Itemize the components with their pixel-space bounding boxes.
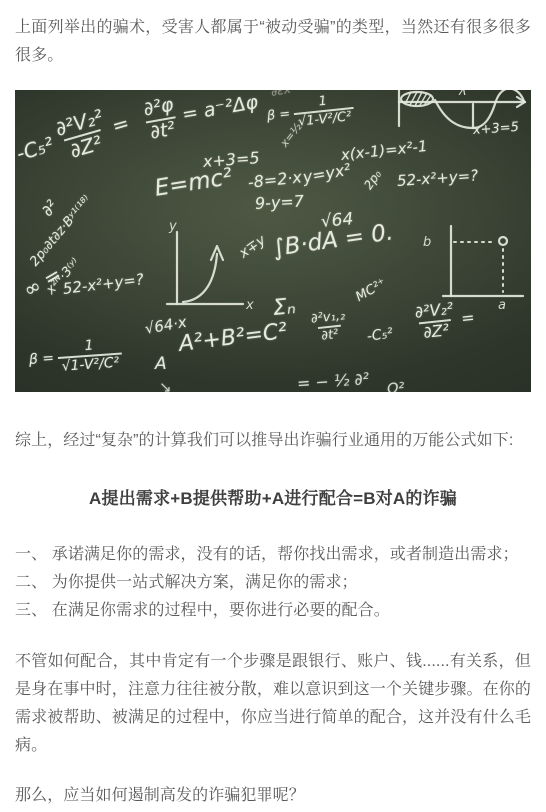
chalkboard-image[interactable]: λ y x b a ∂εx-C₅²∂²V₂²∂Z²=∂²φ∂t²= a⁻²Δφβ… xyxy=(15,90,531,392)
chalk-formula: ∂²V₂²∂Z²= xyxy=(411,298,477,344)
chalk-formula: ∞ = xyxy=(20,263,64,300)
chalk-formula: β =1√1-V²∕C² xyxy=(28,336,123,378)
article: 上面列举出的骗术，受害人都属于“被动受骗”的类型，当然还有很多很多很多。 λ y… xyxy=(0,14,546,810)
chalk-formula: -C₅² xyxy=(366,326,394,343)
summary-paragraph: 综上，经过“复杂”的计算我们可以推导出诈骗行业通用的万能公式如下: xyxy=(15,427,531,455)
chalk-formula: Σₙ xyxy=(272,296,297,320)
plot-label-b: b xyxy=(423,235,431,250)
chalk-formula: Ω² xyxy=(386,381,404,392)
chalk-formula: ∂² xyxy=(39,198,61,220)
axis-label-y: y xyxy=(168,219,177,234)
chalk-formula: 52-x²+y=? xyxy=(396,168,478,189)
chalk-formula: ∂²v₁,₂∂t² xyxy=(307,308,350,345)
growth-curve-graph: y x xyxy=(153,216,253,316)
chalk-formula: A xyxy=(155,356,167,373)
chalk-formula: x(x-1)=x²-1 xyxy=(340,139,428,163)
chalk-formula: 2p₀ xyxy=(362,168,383,191)
chalk-formula: ∫B·dA = 0. xyxy=(271,221,394,261)
wavelength-label: λ xyxy=(458,90,467,99)
explain-paragraph: 不管如何配合，其中肯定有一个步骤是跟银行、账户、钱......有关系，但是身在事… xyxy=(15,648,531,760)
chalk-formula: A²+B²=C² xyxy=(178,321,289,356)
list-item: 三、 在满足你需求的过程中，要你进行必要的配合。 xyxy=(15,597,531,625)
scam-formula-heading: A提出需求+B提供帮助+A进行配合=B对A的诈骗 xyxy=(15,485,531,513)
chalk-formula: = − ½ ∂² xyxy=(296,371,369,392)
chalk-formula: y=yx² xyxy=(302,162,352,186)
intro-paragraph: 上面列举出的骗术，受害人都属于“被动受骗”的类型，当然还有很多很多很多。 xyxy=(15,14,531,70)
chalk-formula: -8=2·x xyxy=(247,169,302,191)
chalk-formula: E=mc² xyxy=(153,166,234,201)
chalk-formula: 9-y=7 xyxy=(255,193,305,212)
list-item: 一、 承诺满足你的需求，没有的话，帮你找出需求，或者制造出需求； xyxy=(15,541,531,569)
list-item: 二、 为你提供一站式解决方案，满足你的需求； xyxy=(15,569,531,597)
chalk-formula: x+3=5 xyxy=(473,121,520,137)
dashed-point-plot: b a xyxy=(421,216,529,310)
chalk-formula: -C₅²∂²V₂²∂Z²= xyxy=(15,99,135,177)
chalk-formula: ↘ xyxy=(159,380,172,392)
chalk-formula: MC²⁺ xyxy=(354,277,389,304)
question-paragraph: 那么，应当如何遏制高发的诈骗犯罪呢？ xyxy=(15,782,531,810)
steps-list: 一、 承诺满足你的需求，没有的话，帮你找出需求，或者制造出需求；二、 为你提供一… xyxy=(15,541,531,625)
chalk-formula: ∂²φ∂t²= a⁻²Δφ xyxy=(139,90,262,146)
plot-label-a: a xyxy=(498,298,506,313)
chalk-formula: 52-x²+y=? xyxy=(62,272,145,297)
axis-label-x: x xyxy=(245,298,254,313)
